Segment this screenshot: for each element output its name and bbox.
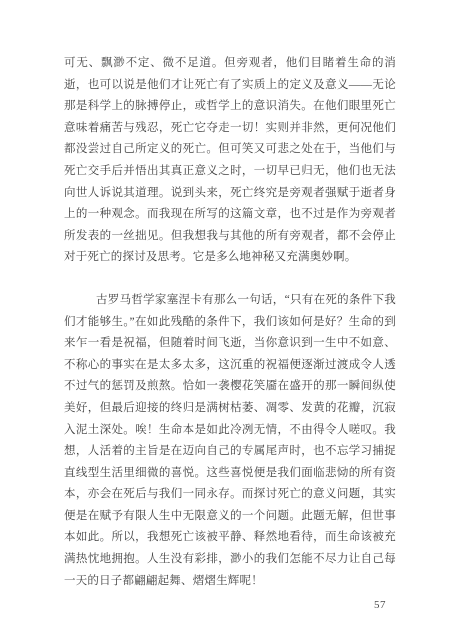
page: 可无、飘渺不定、微不足道。但旁观者，他们目睹着生命的消逝，也可以说是他们才让死亡… [0,0,450,640]
body-text: 可无、飘渺不定、微不足道。但旁观者，他们目睹着生命的消逝，也可以说是他们才让死亡… [64,53,396,592]
body-paragraph-2: 古罗马哲学家塞涅卡有那么一句话，“只有在死的条件下我们才能够生。”在如此残酷的条… [64,290,396,592]
body-paragraph-1: 可无、飘渺不定、微不足道。但旁观者，他们目睹着生命的消逝，也可以说是他们才让死亡… [64,53,396,269]
page-number: 57 [374,598,386,612]
book-page: { "page": { "paragraphs": [ "可无、飘渺不定、微不足… [0,0,450,640]
